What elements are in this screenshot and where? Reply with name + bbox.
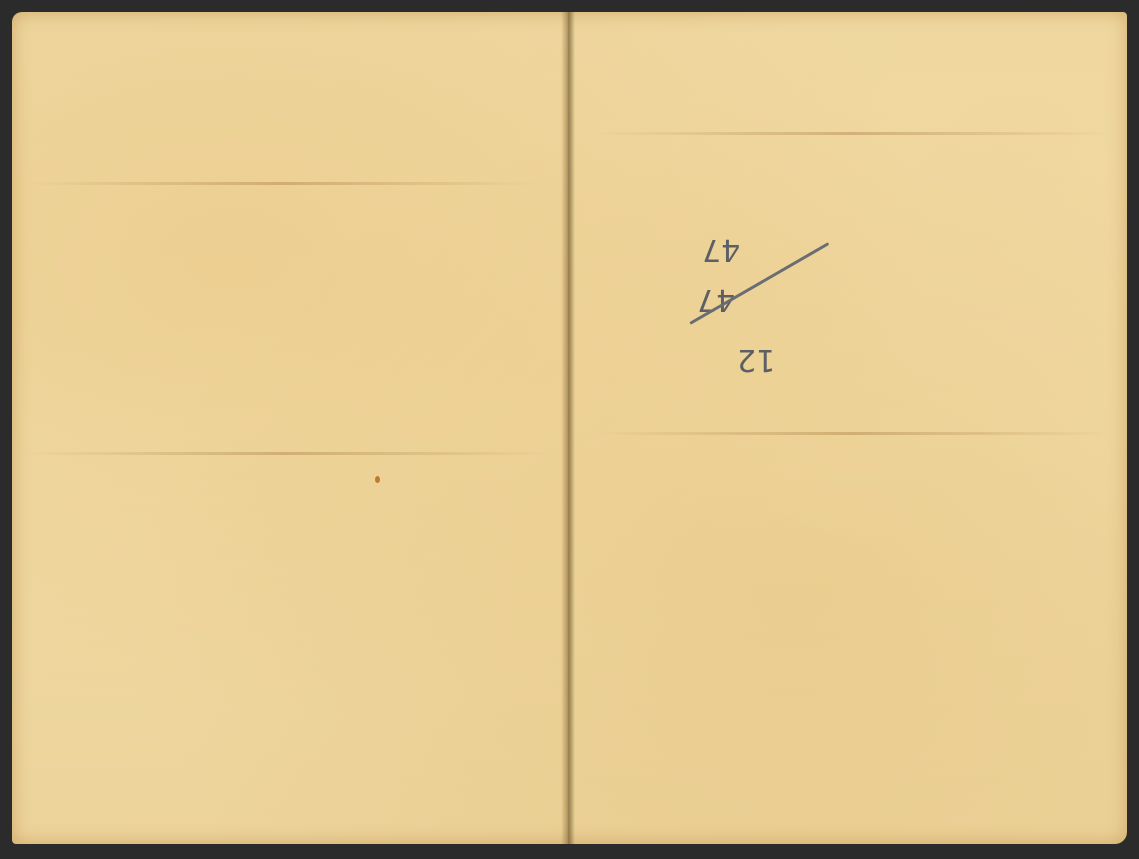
paper-card: 47 47 12 [12,12,1127,844]
crease-upper [22,182,542,185]
crease-right-upper [592,132,1112,135]
crease-right-middle [592,432,1112,435]
note-line-3: 12 [737,342,775,377]
crease-middle [22,452,552,455]
note-line-1: 47 [702,232,740,267]
center-fold [561,12,575,844]
pencil-notation: 47 47 12 [682,232,862,422]
stain-spot [375,476,380,483]
